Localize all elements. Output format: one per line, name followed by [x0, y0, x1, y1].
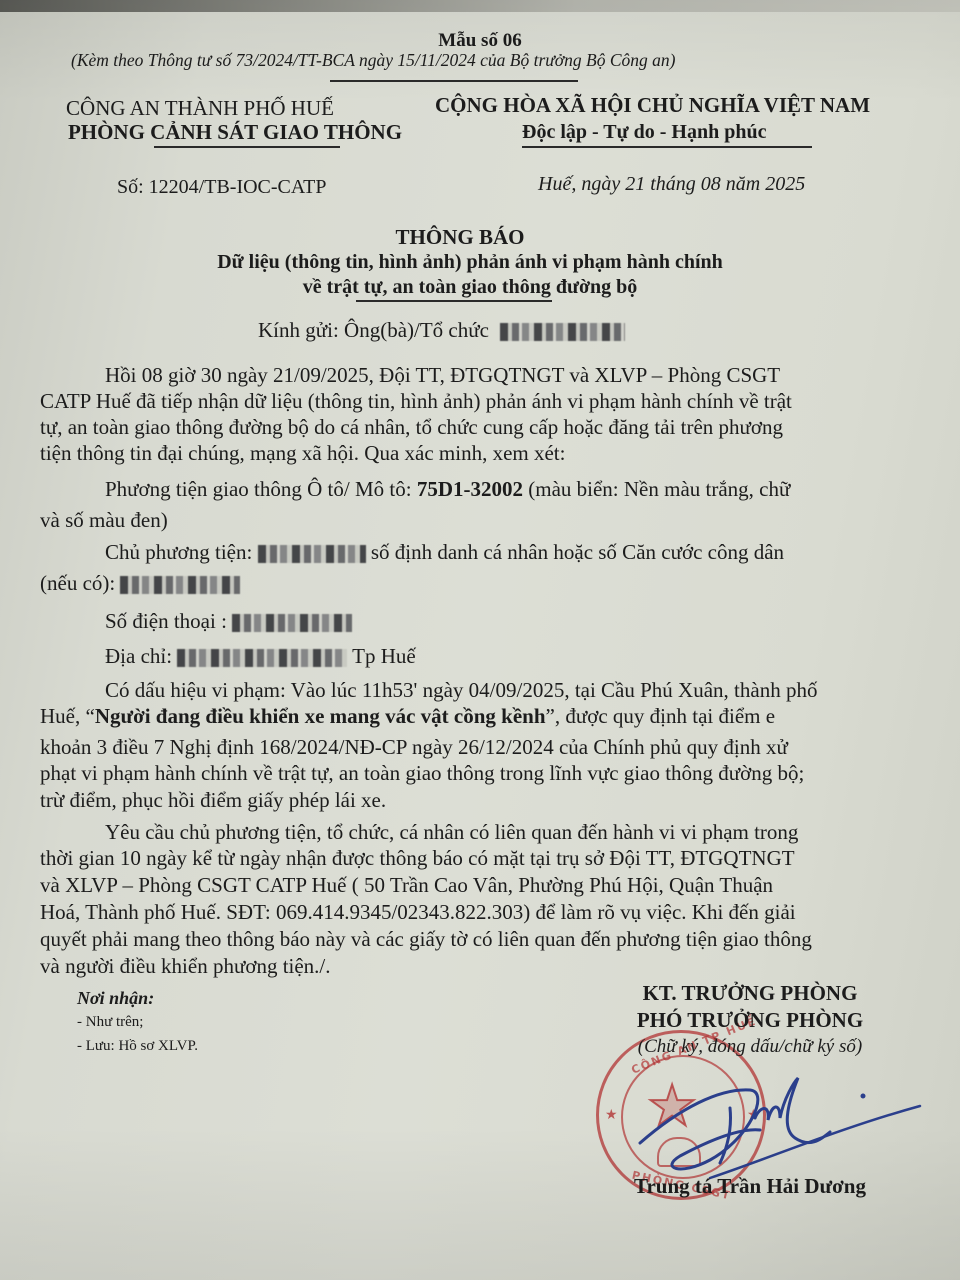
notice-title: THÔNG BÁO — [280, 227, 640, 248]
request-line-3: và XLVP – Phòng CSGT CATP Huế ( 50 Trần … — [40, 875, 773, 896]
request-line-5: quyết phải mang theo thông báo này và cá… — [40, 929, 812, 950]
nation-motto: Độc lập - Tự do - Hạnh phúc — [522, 122, 766, 142]
owner-line: Chủ phương tiện: số định danh cá nhân ho… — [105, 542, 784, 563]
owner-name-redacted — [258, 545, 366, 563]
recipients-label: Nơi nhận: — [77, 989, 154, 1007]
violation-line-4: phạt vi phạm hành chính về trật tự, an t… — [40, 763, 804, 784]
owner-label: Chủ phương tiện: — [105, 540, 258, 564]
form-divider — [330, 80, 578, 82]
violation-line-3: khoản 3 điều 7 Nghị định 168/2024/NĐ-CP … — [40, 737, 788, 758]
request-line-6: và người điều khiển phương tiện./. — [40, 956, 331, 977]
phone-line: Số điện thoại : — [105, 611, 352, 632]
license-plate: 75D1-32002 — [417, 477, 523, 501]
subtitle-underline — [356, 300, 552, 302]
addressee-redacted — [500, 323, 625, 341]
intro-line-1: Hồi 08 giờ 30 ngày 21/09/2025, Đội TT, Đ… — [105, 365, 780, 386]
address-label: Địa chỉ: — [105, 644, 177, 668]
request-line-2: thời gian 10 ngày kể từ ngày nhận được t… — [40, 848, 795, 869]
addressee-label: Kính gửi: Ông(bà)/Tổ chức — [258, 318, 489, 342]
recipient-item: - Như trên; — [77, 1015, 143, 1030]
vehicle-label: Phương tiện giao thông Ô tô/ Mô tô: — [105, 477, 417, 501]
nation-name: CỘNG HÒA XÃ HỘI CHỦ NGHĨA VIỆT NAM — [435, 95, 870, 116]
phone-label: Số điện thoại : — [105, 609, 232, 633]
recipient-item: - Lưu: Hồ sơ XLVP. — [77, 1039, 198, 1054]
violation-text: Huế, “ — [40, 704, 95, 728]
violation-line-1: Có dấu hiệu vi phạm: Vào lúc 11h53' ngày… — [105, 680, 817, 701]
violation-text-cont: ”, được quy định tại điểm e — [546, 704, 776, 728]
signature-on-behalf: KT. TRƯỞNG PHÒNG — [590, 983, 910, 1004]
document-date: Huế, ngày 21 tháng 08 năm 2025 — [538, 174, 805, 194]
signer-name: Trung tá Trần Hải Dương — [590, 1176, 910, 1197]
owner-id-redacted — [120, 576, 240, 594]
vehicle-line: Phương tiện giao thông Ô tô/ Mô tô: 75D1… — [105, 479, 790, 500]
motto-underline — [522, 146, 812, 148]
request-line-1: Yêu cầu chủ phương tiện, tổ chức, cá nhâ… — [105, 822, 798, 843]
address-redacted — [177, 649, 347, 667]
agency-name: PHÒNG CẢNH SÁT GIAO THÔNG — [40, 122, 430, 143]
document-number: Số: 12204/TB-IOC-CATP — [117, 177, 326, 197]
plate-color-note-cont: và số màu đen) — [40, 510, 168, 531]
seal-star-left-icon: ★ — [605, 1107, 618, 1124]
plate-color-note: (màu biển: Nền màu trắng, chữ — [523, 477, 790, 501]
phone-redacted — [232, 614, 352, 632]
owner-id-label: số định danh cá nhân hoặc số Căn cước cô… — [366, 540, 784, 564]
addressee: Kính gửi: Ông(bà)/Tổ chức — [258, 320, 625, 341]
request-line-4: Hoá, Thành phố Huế. SĐT: 069.414.9345/02… — [40, 902, 796, 923]
owner-id-line: (nếu có): — [40, 573, 240, 594]
notice-subtitle-line2: về trật tự, an toàn giao thông đường bộ — [130, 277, 810, 297]
agency-parent: CÔNG AN THÀNH PHỐ HUẾ — [40, 98, 360, 119]
intro-line-2: CATP Huế đã tiếp nhận dữ liệu (thông tin… — [40, 391, 792, 412]
underlying-page-edge — [0, 0, 960, 12]
signature-note: (Chữ ký, đóng dấu/chữ ký số) — [590, 1037, 910, 1056]
address-suffix: Tp Huế — [347, 644, 415, 668]
violation-description: Người đang điều khiển xe mang vác vật cồ… — [95, 704, 546, 728]
violation-line-2: Huế, “Người đang điều khiển xe mang vác … — [40, 706, 775, 727]
owner-id-cont-label: (nếu có): — [40, 571, 120, 595]
intro-line-3: tự, an toàn giao thông đường bộ do cá nh… — [40, 417, 783, 438]
violation-line-5: trừ điểm, phục hồi điểm giấy phép lái xe… — [40, 790, 386, 811]
form-code: Mẫu số 06 — [330, 31, 630, 50]
intro-line-4: tiện thông tin đại chúng, mạng xã hội. Q… — [40, 443, 565, 464]
agency-underline — [154, 146, 340, 148]
signature-position: PHÓ TRƯỞNG PHÒNG — [590, 1010, 910, 1031]
address-line: Địa chỉ: Tp Huế — [105, 646, 416, 667]
form-legal-basis: (Kèm theo Thông tư số 73/2024/TT-BCA ngà… — [71, 52, 675, 70]
notice-subtitle-line1: Dữ liệu (thông tin, hình ảnh) phản ánh v… — [130, 252, 810, 272]
document-page: Mẫu số 06 (Kèm theo Thông tư số 73/2024/… — [0, 0, 960, 1280]
